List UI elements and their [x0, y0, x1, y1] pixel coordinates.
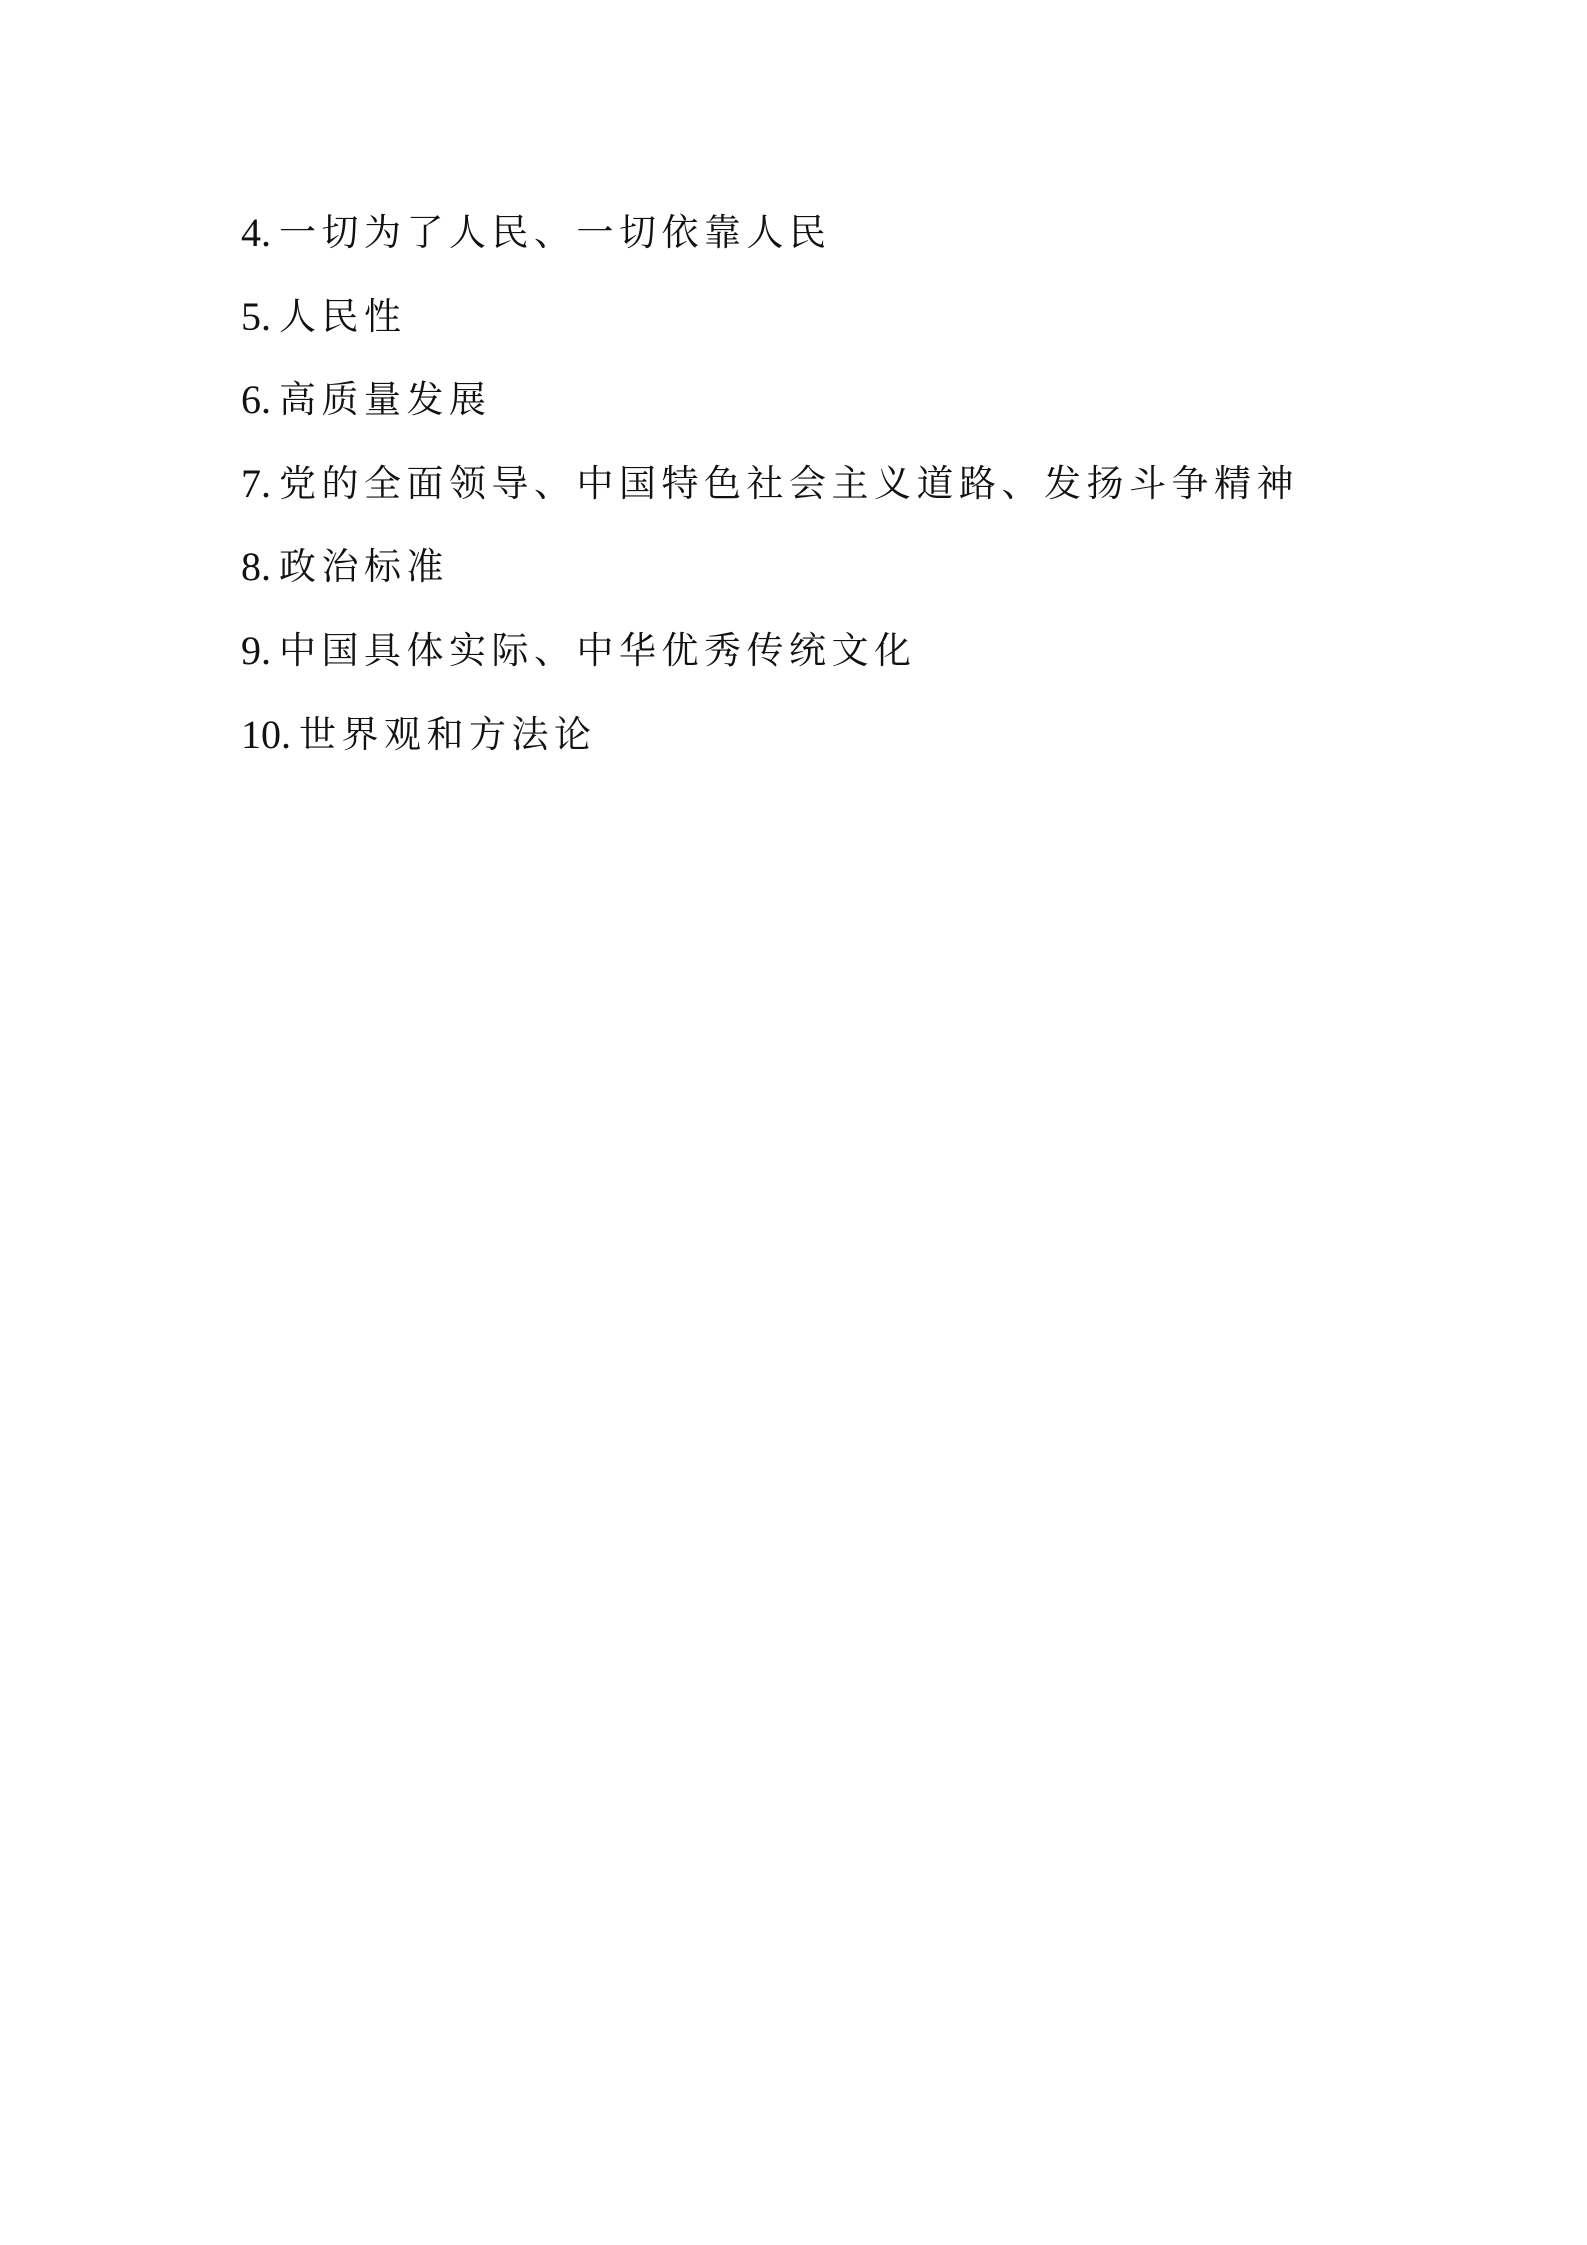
answer-list: 4. 一切为了人民、一切依靠人民 5. 人民性 6. 高质量发展 7. 党的全面… [241, 191, 1299, 776]
item-number: 5. [241, 275, 271, 359]
item-text: 高质量发展 [279, 358, 492, 442]
item-text: 党的全面领导、中国特色社会主义道路、发扬斗争精神 [279, 442, 1299, 526]
item-number: 6. [241, 358, 271, 442]
item-number: 10. [241, 693, 291, 777]
item-number: 7. [241, 442, 271, 526]
item-text: 世界观和方法论 [299, 693, 597, 777]
item-number: 4. [241, 191, 271, 275]
item-text: 一切为了人民、一切依靠人民 [279, 191, 832, 275]
list-item: 4. 一切为了人民、一切依靠人民 [241, 191, 1299, 275]
item-number: 9. [241, 609, 271, 693]
list-item: 9. 中国具体实际、中华优秀传统文化 [241, 609, 1299, 693]
list-item: 6. 高质量发展 [241, 358, 1299, 442]
item-text: 中国具体实际、中华优秀传统文化 [279, 609, 917, 693]
list-item: 10. 世界观和方法论 [241, 693, 1299, 777]
item-text: 人民性 [279, 275, 407, 359]
item-text: 政治标准 [279, 525, 449, 609]
list-item: 7. 党的全面领导、中国特色社会主义道路、发扬斗争精神 [241, 442, 1299, 526]
item-number: 8. [241, 525, 271, 609]
document-page: 4. 一切为了人民、一切依靠人民 5. 人民性 6. 高质量发展 7. 党的全面… [0, 0, 1587, 2245]
list-item: 8. 政治标准 [241, 525, 1299, 609]
list-item: 5. 人民性 [241, 275, 1299, 359]
